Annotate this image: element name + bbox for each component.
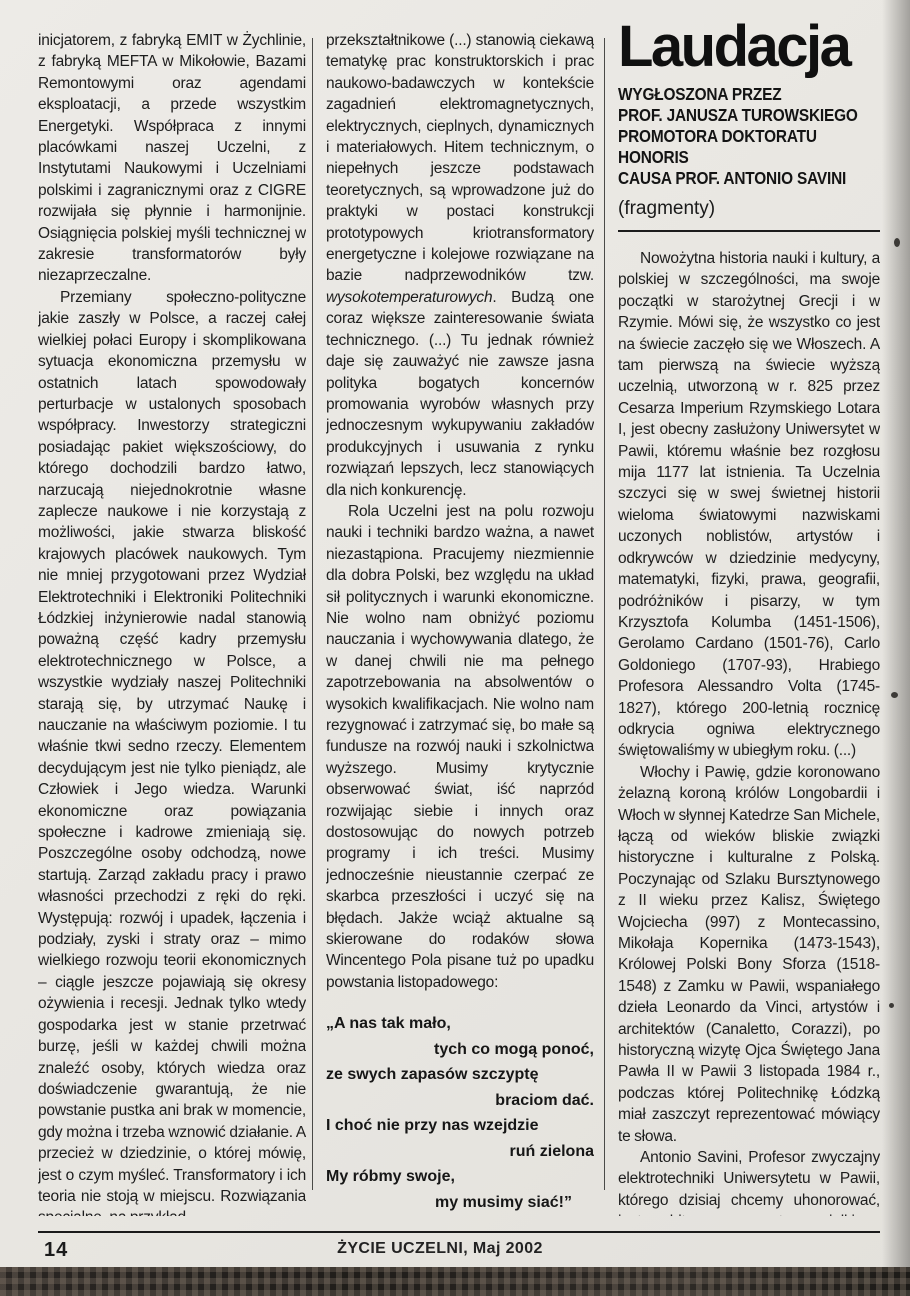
subtitle-line: CAUSA PROF. ANTONIO SAVINI: [618, 168, 880, 189]
paragraph: przekształtnikowe (...) stanowią ciekawą…: [326, 30, 594, 501]
poem-quote: „A nas tak mało, tych co mogą ponoć, ze …: [326, 1011, 594, 1216]
poem-line: tych co mogą ponoć,: [326, 1037, 594, 1063]
poem-line: my musimy siać!”: [326, 1190, 594, 1216]
subtitle-line: PROF. JANUSZA TUROWSKIEGO: [618, 105, 880, 126]
italic-term: wysokotemperaturowych: [326, 289, 492, 306]
paragraph-text: przekształtnikowe (...) stanowią ciekawą…: [326, 32, 594, 284]
poem-line: ze swych zapasów szczyptę: [326, 1062, 594, 1088]
subtitle-line: WYGŁOSZONA PRZEZ: [618, 84, 880, 105]
column-divider: [604, 38, 605, 1190]
poem-line: braciom dać.: [326, 1088, 594, 1114]
paragraph-text: . Budzą one coraz większe zainteresowani…: [326, 289, 594, 499]
paragraph: inicjatorem, z fabryką EMIT w Żychlinie,…: [38, 30, 306, 287]
poem-line: My róbmy swoje,: [326, 1164, 594, 1190]
column-1: inicjatorem, z fabryką EMIT w Żychlinie,…: [38, 30, 306, 1216]
poem-line: „A nas tak mało,: [326, 1011, 594, 1037]
paragraph: Rola Uczelni jest na polu rozwoju nauki …: [326, 501, 594, 993]
subtitle-line: PROMOTORA DOKTORATU HONORIS: [618, 126, 880, 168]
scan-artifact: [894, 238, 900, 247]
scan-bottom-edge: [0, 1267, 910, 1296]
paragraph: Nowożytna historia nauki i kultury, a po…: [618, 248, 880, 762]
paragraph: Antonio Savini, Profesor zwyczajny elekt…: [618, 1147, 880, 1216]
header-divider: [618, 230, 880, 232]
scan-page-edge: [882, 0, 910, 1296]
scan-artifact: [889, 1003, 894, 1008]
journal-title: ŻYCIE UCZELNI, Maj 2002: [0, 1240, 880, 1258]
paragraph: Włochy i Pawię, gdzie koronowano żelazną…: [618, 762, 880, 1147]
poem-line: ruń zielona: [326, 1139, 594, 1165]
footer-divider: [38, 1231, 880, 1233]
poem-line: I choć nie przy nas wzejdzie: [326, 1113, 594, 1139]
paragraph: Przemiany społeczno-polityczne jakie zas…: [38, 287, 306, 1216]
column-divider: [312, 38, 313, 1190]
fragment-label: (fragmenty): [618, 198, 880, 220]
column-3: Laudacja WYGŁOSZONA PRZEZ PROF. JANUSZA …: [618, 16, 880, 1216]
article-subtitle: WYGŁOSZONA PRZEZ PROF. JANUSZA TUROWSKIE…: [618, 84, 880, 189]
article-title: Laudacja: [618, 16, 880, 78]
magazine-page: inicjatorem, z fabryką EMIT w Żychlinie,…: [0, 0, 910, 1296]
scan-artifact: [891, 692, 898, 698]
column-2: przekształtnikowe (...) stanowią ciekawą…: [326, 30, 594, 1216]
